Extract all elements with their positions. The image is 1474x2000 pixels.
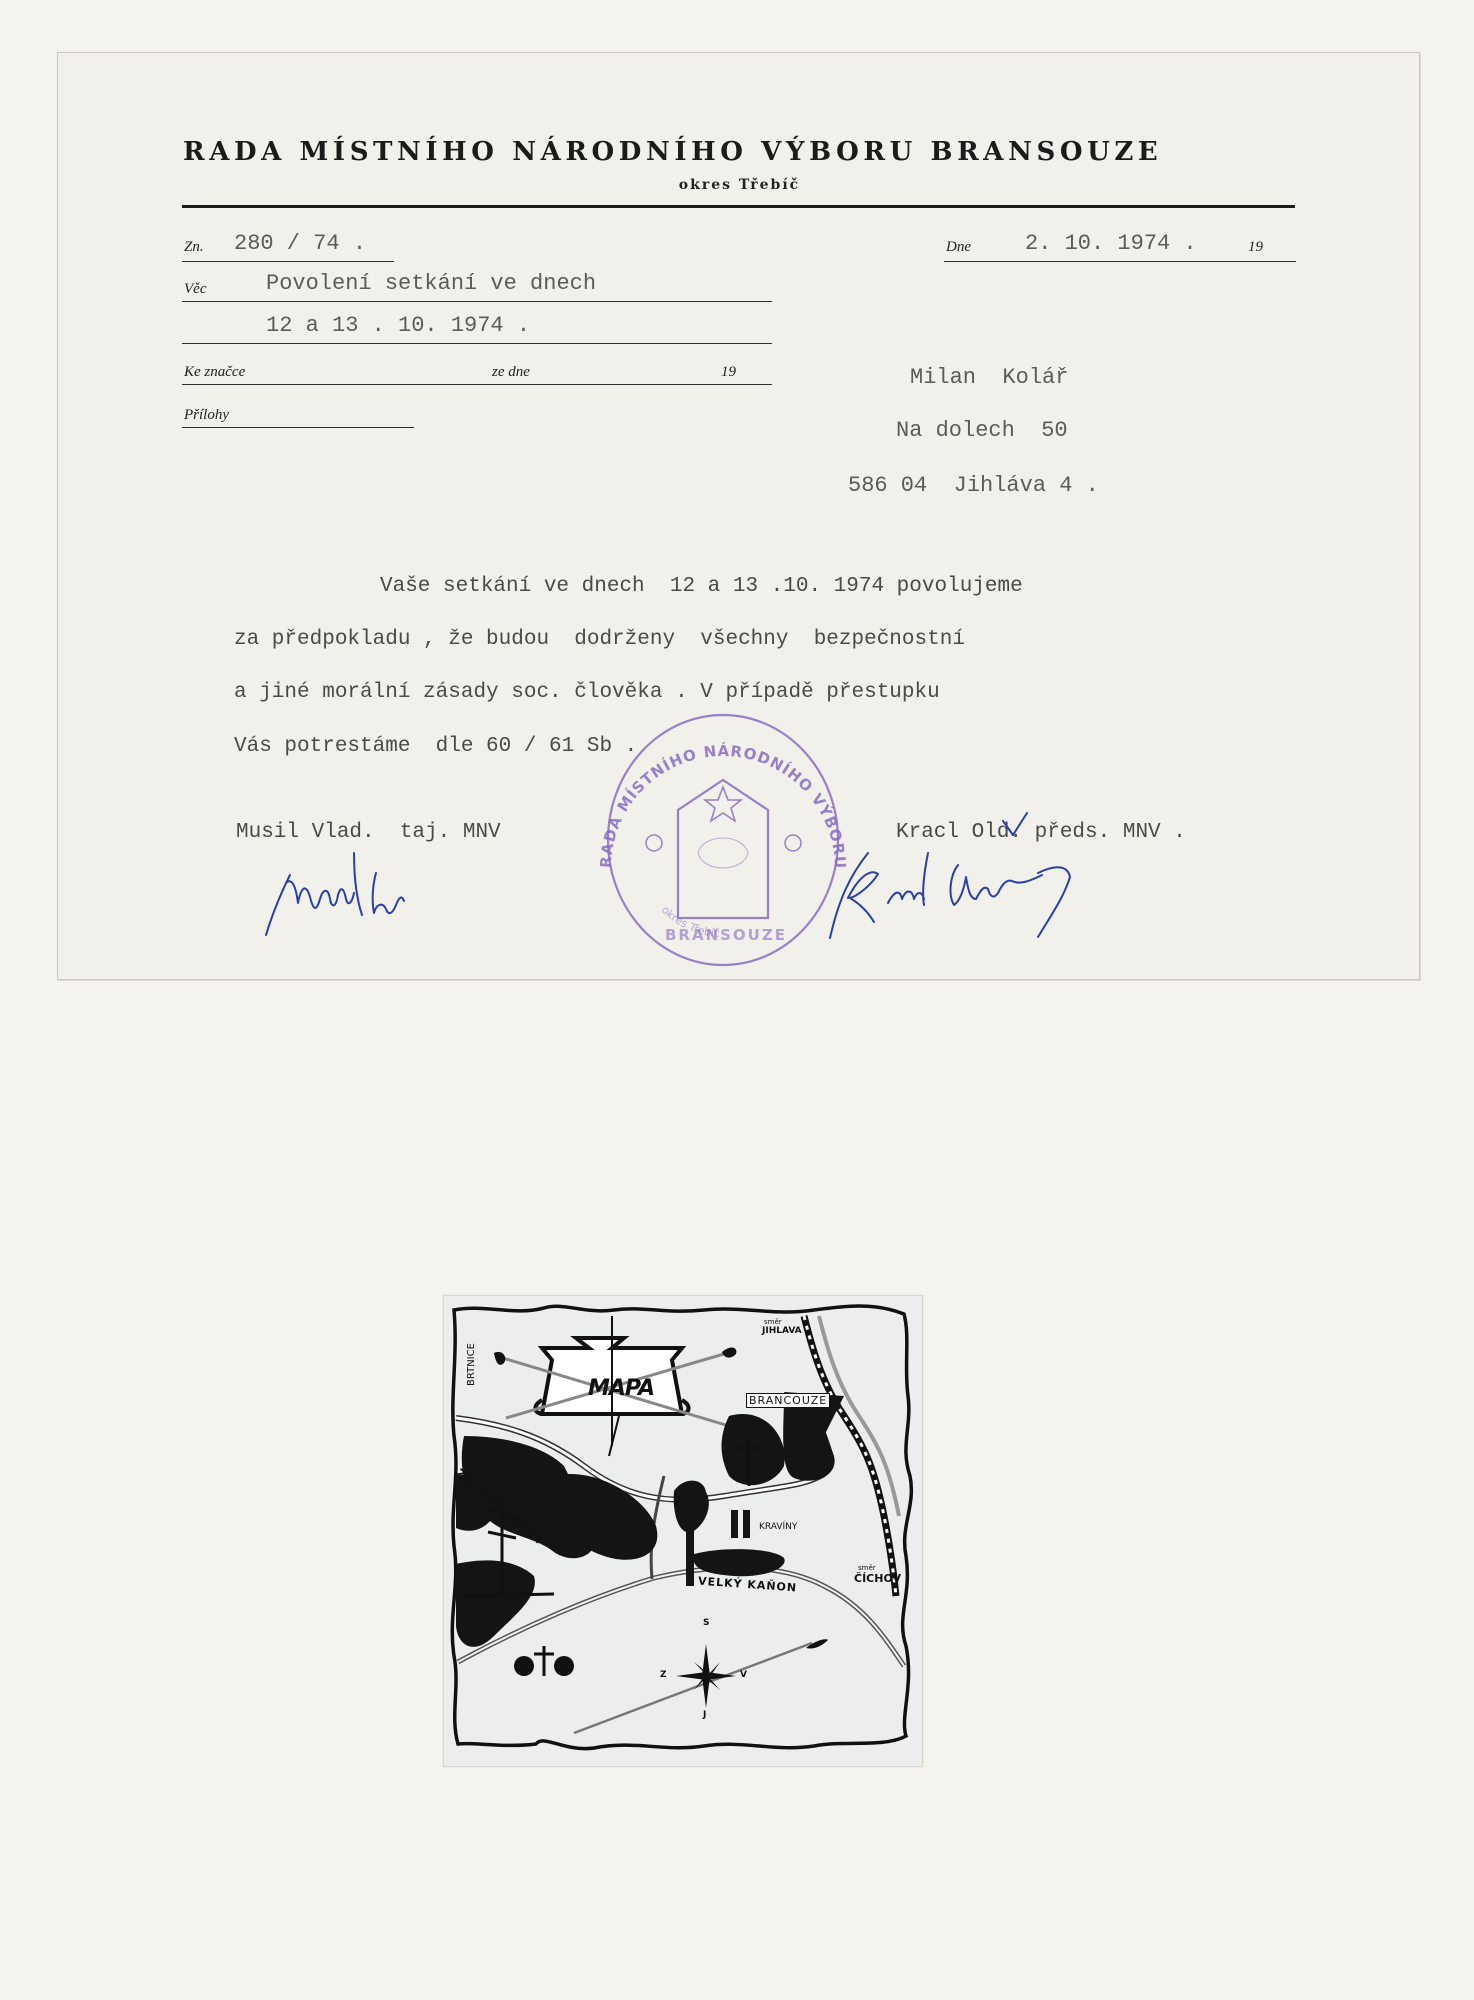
stamp-bottom-text: BRANSOUZE bbox=[665, 926, 787, 944]
place-jihlava-prefix: směr bbox=[764, 1318, 782, 1326]
svg-text:RADA MÍSTNÍHO NÁRODNÍHO VÝBORU: RADA MÍSTNÍHO NÁRODNÍHO VÝBORU bbox=[597, 741, 849, 870]
place-brancouze: BRANCOUZE bbox=[746, 1393, 830, 1408]
subject-line-2: 12 a 13 . 10. 1974 . bbox=[266, 313, 530, 338]
hand-drawn-map-photo: MAPA BRTNICE směr JIHLAVA BRANCOUZE ZELE… bbox=[443, 1295, 923, 1767]
place-cichov-prefix: směr bbox=[858, 1564, 876, 1572]
your-date-label: ze dne bbox=[492, 364, 530, 381]
compass-rose bbox=[574, 1639, 828, 1733]
date-label: Dne bbox=[946, 239, 971, 256]
compass-south: J bbox=[703, 1710, 706, 1720]
ref-label: Zn. bbox=[184, 239, 204, 256]
body-line-1: Vaše setkání ve dnech 12 a 13 .10. 1974 … bbox=[380, 575, 1023, 598]
attachments-rule bbox=[182, 427, 414, 428]
official-letter: RADA MÍSTNÍHO NÁRODNÍHO VÝBORU BRANSOUZE… bbox=[57, 52, 1420, 980]
body-line-3: a jiné morální zásady soc. člověka . V p… bbox=[234, 681, 940, 704]
recipient-city: 586 04 Jihláva 4 . bbox=[848, 473, 1099, 498]
body-line-4: Vás potrestáme dle 60 / 61 Sb . bbox=[234, 735, 637, 758]
place-kraviny: KRAVÍNY bbox=[759, 1522, 797, 1532]
compass-east: V bbox=[740, 1670, 747, 1680]
signature-left bbox=[266, 853, 404, 935]
your-ref-rule bbox=[182, 384, 772, 385]
map-title: MAPA bbox=[588, 1376, 654, 1401]
place-jihlava: JIHLAVA bbox=[762, 1326, 802, 1336]
recipient-street: Na dolech 50 bbox=[896, 418, 1068, 443]
ref-value: 280 / 74 . bbox=[234, 231, 366, 256]
date-rule bbox=[944, 261, 1296, 262]
signatory-right: Kracl Old. předs. MNV . bbox=[896, 821, 1186, 844]
your-year-prefix: 19 bbox=[721, 364, 736, 381]
subject-line-1: Povolení setkání ve dnech bbox=[266, 271, 596, 296]
album-page: RADA MÍSTNÍHO NÁRODNÍHO VÝBORU BRANSOUZE… bbox=[0, 0, 1474, 2000]
your-ref-label: Ke značce bbox=[184, 364, 245, 381]
recipient-name: Milan Kolář bbox=[910, 365, 1068, 390]
place-brtnice: BRTNICE bbox=[466, 1343, 477, 1386]
subject-rule-2 bbox=[182, 343, 772, 344]
stamp-inner-text: okres Třebíč bbox=[659, 903, 720, 940]
svg-text:okres Třebíč: okres Třebíč bbox=[659, 903, 720, 940]
place-cichov: ČÍCHOV bbox=[854, 1572, 901, 1585]
compass-north: S bbox=[703, 1618, 709, 1628]
letterhead-subtitle: okres Třebíč bbox=[58, 177, 1421, 193]
signatory-left: Musil Vlad. taj. MNV bbox=[236, 821, 501, 844]
body-line-2: za předpokladu , že budou dodrženy všech… bbox=[234, 628, 965, 651]
date-year-prefix: 19 bbox=[1248, 239, 1263, 256]
attachments-label: Přílohy bbox=[184, 407, 229, 424]
map-drawing bbox=[444, 1296, 924, 1768]
compass-west: Z bbox=[660, 1670, 667, 1680]
stamp-outer-text: RADA MÍSTNÍHO NÁRODNÍHO VÝBORU bbox=[597, 741, 849, 870]
ref-rule bbox=[182, 261, 394, 262]
subject-label: Věc bbox=[184, 281, 206, 298]
letterhead-rule bbox=[182, 205, 1295, 208]
date-value: 2. 10. 1974 . bbox=[1025, 231, 1197, 256]
letterhead-title: RADA MÍSTNÍHO NÁRODNÍHO VÝBORU BRANSOUZE bbox=[183, 137, 1303, 167]
subject-rule-1 bbox=[182, 301, 772, 302]
